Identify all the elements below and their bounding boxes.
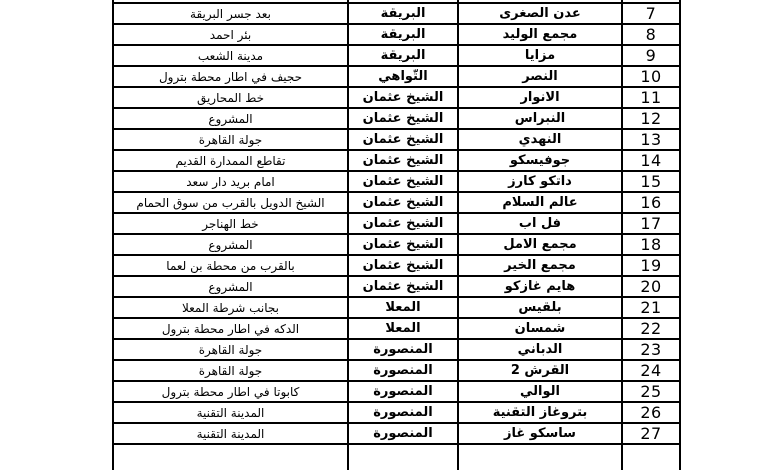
station-name-cell: مزايا — [458, 45, 622, 66]
table-row: 13النهديالشيخ عثمانجولة القاهرة — [113, 129, 680, 150]
district-cell: الشيخ عثمان — [348, 255, 458, 276]
station-name-cell: الدباني — [458, 339, 622, 360]
location-cell — [113, 444, 348, 470]
location-cell: المدينة التقنية — [113, 402, 348, 423]
station-name-cell: مجمع الوليد — [458, 24, 622, 45]
district-cell: البريقة — [348, 45, 458, 66]
location-cell: بالقرب من محطة بن لعما — [113, 255, 348, 276]
location-cell: خط الهناجر — [113, 213, 348, 234]
station-name-cell: عالم السلام — [458, 192, 622, 213]
location-cell: جولة القاهرة — [113, 339, 348, 360]
district-cell: الشيخ عثمان — [348, 87, 458, 108]
station-name-cell: ساسكو غاز — [458, 423, 622, 444]
row-number-cell: 23 — [622, 339, 680, 360]
station-name-cell: الوالي — [458, 381, 622, 402]
location-cell: مدينة الشعب — [113, 45, 348, 66]
district-cell: الشيخ عثمان — [348, 150, 458, 171]
table-row: 23الدبانيالمنصورةجولة القاهرة — [113, 339, 680, 360]
location-cell: المشروع — [113, 234, 348, 255]
district-cell: المنصورة — [348, 423, 458, 444]
table-row: 14جوفيسكوالشيخ عثمانتقاطع الممدارة القدي… — [113, 150, 680, 171]
table-row: 10النصرالتّواهيحجيف في اطار محطة بترول — [113, 66, 680, 87]
table-row: 8مجمع الوليدالبريقةبئر احمد — [113, 24, 680, 45]
station-name-cell: هايم غازكو — [458, 276, 622, 297]
district-cell: البريقة — [348, 24, 458, 45]
station-name-cell: عدن الصغرى — [458, 3, 622, 24]
document-page: 7عدن الصغرىالبريقةبعد جسر البريقة8مجمع ا… — [0, 0, 780, 470]
row-number-cell: 14 — [622, 150, 680, 171]
row-number-cell: 12 — [622, 108, 680, 129]
row-number-cell: 17 — [622, 213, 680, 234]
table-row: 17فل ابالشيخ عثمانخط الهناجر — [113, 213, 680, 234]
station-name-cell: مجمع الامل — [458, 234, 622, 255]
row-number-cell: 13 — [622, 129, 680, 150]
table-row: 15داتكو كارزالشيخ عثمانامام بريد دار سعد — [113, 171, 680, 192]
row-number-cell: 8 — [622, 24, 680, 45]
location-cell: المشروع — [113, 108, 348, 129]
district-cell: التّواهي — [348, 66, 458, 87]
district-cell — [348, 444, 458, 470]
row-number-cell: 15 — [622, 171, 680, 192]
district-cell: الشيخ عثمان — [348, 234, 458, 255]
stations-table: 7عدن الصغرىالبريقةبعد جسر البريقة8مجمع ا… — [112, 0, 681, 470]
row-number-cell: 21 — [622, 297, 680, 318]
row-number-cell: 25 — [622, 381, 680, 402]
row-number-cell: 10 — [622, 66, 680, 87]
table-row: 9مزاياالبريقةمدينة الشعب — [113, 45, 680, 66]
table-row: 18مجمع الاملالشيخ عثمانالمشروع — [113, 234, 680, 255]
row-number-cell: 22 — [622, 318, 680, 339]
station-name-cell: داتكو كارز — [458, 171, 622, 192]
station-name-cell: بلقيس — [458, 297, 622, 318]
stations-table-body: 7عدن الصغرىالبريقةبعد جسر البريقة8مجمع ا… — [113, 0, 680, 470]
table-row: 16عالم السلامالشيخ عثمانالشيخ الدويل بال… — [113, 192, 680, 213]
location-cell: تقاطع الممدارة القديم — [113, 150, 348, 171]
location-cell: الدكه في اطار محطة بترول — [113, 318, 348, 339]
row-number-cell: 11 — [622, 87, 680, 108]
location-cell: كابوتا في اطار محطة بترول — [113, 381, 348, 402]
table-row: 21بلقيسالمعلابجانب شرطة المعلا — [113, 297, 680, 318]
district-cell: الشيخ عثمان — [348, 108, 458, 129]
row-number-cell: 27 — [622, 423, 680, 444]
station-name-cell: الانوار — [458, 87, 622, 108]
table-row: 26بتروغاز التقنيةالمنصورةالمدينة التقنية — [113, 402, 680, 423]
station-name-cell: بتروغاز التقنية — [458, 402, 622, 423]
location-cell: جولة القاهرة — [113, 129, 348, 150]
location-cell: الشيخ الدويل بالقرب من سوق الحمام — [113, 192, 348, 213]
station-name-cell: مجمع الخير — [458, 255, 622, 276]
district-cell: الشيخ عثمان — [348, 171, 458, 192]
table-row: 11الانوارالشيخ عثمانخط المحاريق — [113, 87, 680, 108]
station-name-cell — [458, 444, 622, 470]
row-number-cell: 7 — [622, 3, 680, 24]
table-row: 24القرش 2المنصورةجولة القاهرة — [113, 360, 680, 381]
station-name-cell: شمسان — [458, 318, 622, 339]
location-cell: بعد جسر البريقة — [113, 3, 348, 24]
station-name-cell: النبراس — [458, 108, 622, 129]
location-cell: المشروع — [113, 276, 348, 297]
table-row: 12النبراسالشيخ عثمانالمشروع — [113, 108, 680, 129]
location-cell: بجانب شرطة المعلا — [113, 297, 348, 318]
location-cell: المدينة التقنية — [113, 423, 348, 444]
table-row-partial-bottom — [113, 444, 680, 470]
table-row: 20هايم غازكوالشيخ عثمانالمشروع — [113, 276, 680, 297]
location-cell: جولة القاهرة — [113, 360, 348, 381]
district-cell: الشيخ عثمان — [348, 213, 458, 234]
row-number-cell: 20 — [622, 276, 680, 297]
table-row: 19مجمع الخيرالشيخ عثمانبالقرب من محطة بن… — [113, 255, 680, 276]
row-number-cell: 9 — [622, 45, 680, 66]
station-name-cell: النهدي — [458, 129, 622, 150]
location-cell: خط المحاريق — [113, 87, 348, 108]
location-cell: امام بريد دار سعد — [113, 171, 348, 192]
stations-table-wrap: 7عدن الصغرىالبريقةبعد جسر البريقة8مجمع ا… — [112, 0, 681, 470]
table-row: 27ساسكو غازالمنصورةالمدينة التقنية — [113, 423, 680, 444]
station-name-cell: القرش 2 — [458, 360, 622, 381]
location-cell: بئر احمد — [113, 24, 348, 45]
row-number-cell: 19 — [622, 255, 680, 276]
station-name-cell: فل اب — [458, 213, 622, 234]
station-name-cell: النصر — [458, 66, 622, 87]
district-cell: البريقة — [348, 3, 458, 24]
table-row: 7عدن الصغرىالبريقةبعد جسر البريقة — [113, 3, 680, 24]
row-number-cell: 26 — [622, 402, 680, 423]
row-number-cell: 18 — [622, 234, 680, 255]
district-cell: المنصورة — [348, 402, 458, 423]
station-name-cell: جوفيسكو — [458, 150, 622, 171]
district-cell: الشيخ عثمان — [348, 129, 458, 150]
row-number-cell: 24 — [622, 360, 680, 381]
district-cell: المنصورة — [348, 360, 458, 381]
row-number-cell — [622, 444, 680, 470]
district-cell: المنصورة — [348, 339, 458, 360]
district-cell: الشيخ عثمان — [348, 276, 458, 297]
table-row: 25الواليالمنصورةكابوتا في اطار محطة بترو… — [113, 381, 680, 402]
location-cell: حجيف في اطار محطة بترول — [113, 66, 348, 87]
district-cell: المعلا — [348, 318, 458, 339]
row-number-cell: 16 — [622, 192, 680, 213]
district-cell: المنصورة — [348, 381, 458, 402]
table-row: 22شمسانالمعلاالدكه في اطار محطة بترول — [113, 318, 680, 339]
district-cell: المعلا — [348, 297, 458, 318]
district-cell: الشيخ عثمان — [348, 192, 458, 213]
